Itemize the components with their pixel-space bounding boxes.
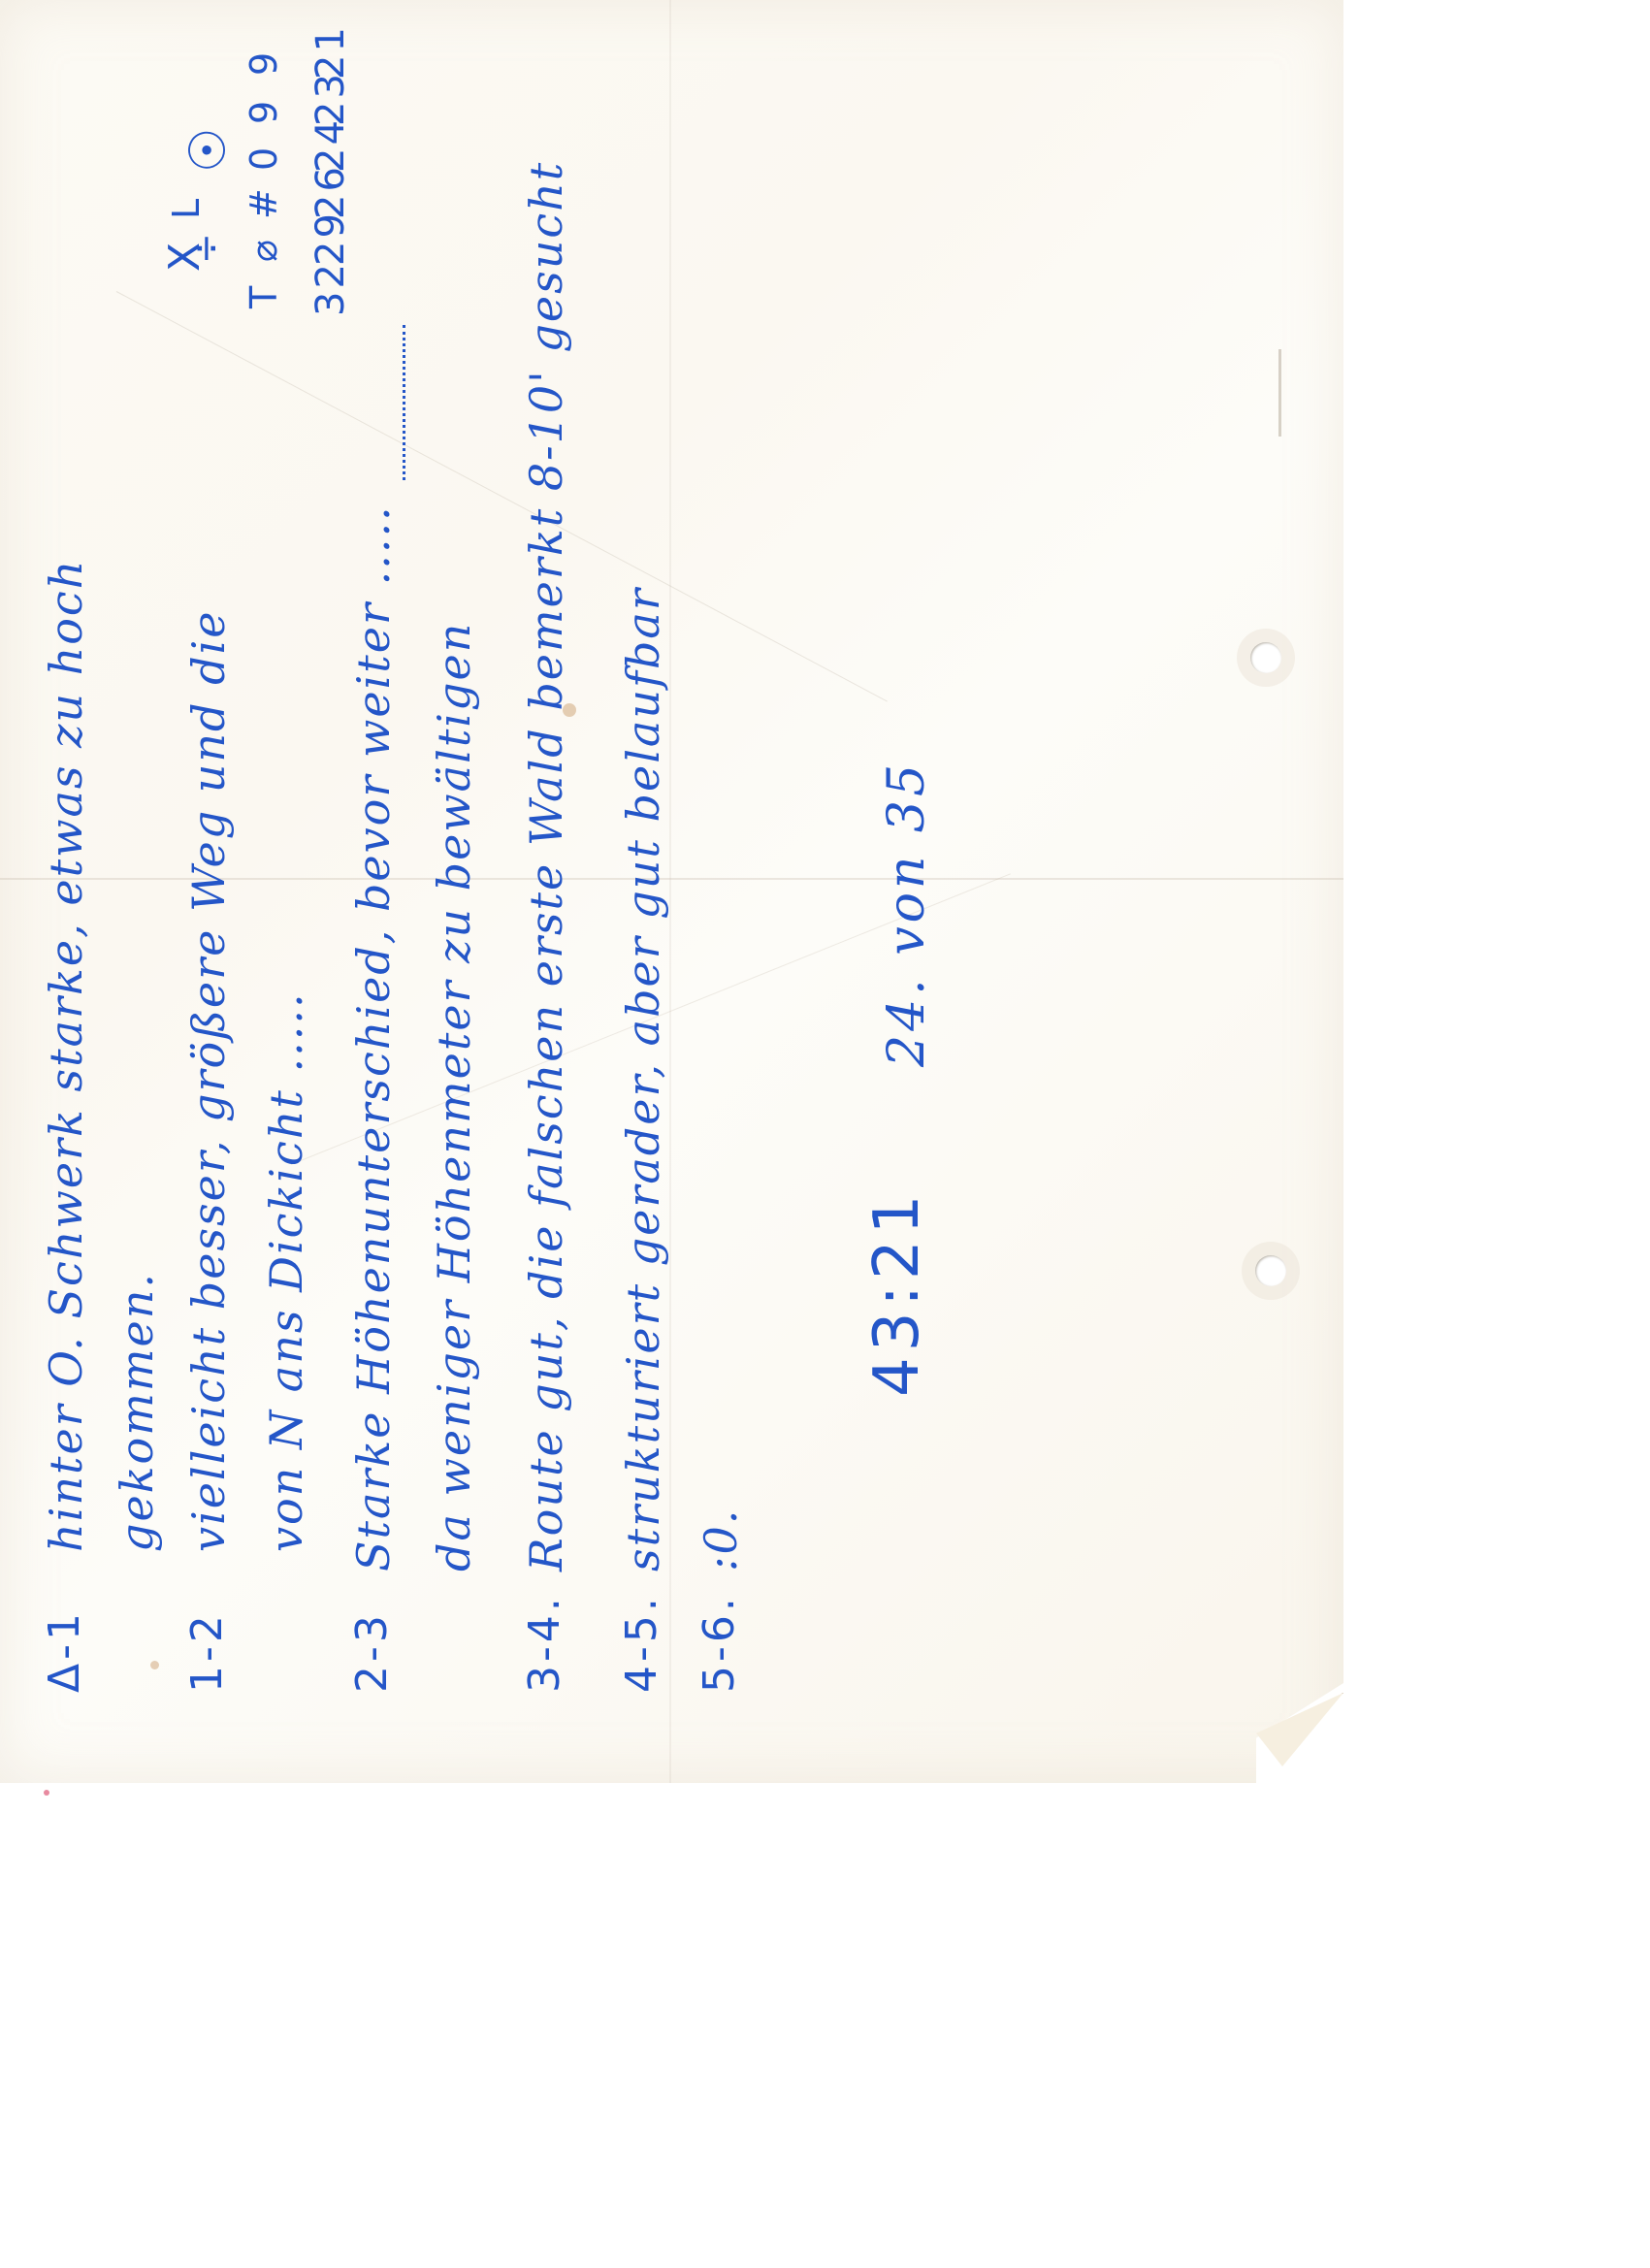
leg-label: 2-3 — [351, 1611, 394, 1693]
leg-label: 5-6. — [698, 1594, 741, 1693]
result-time: 43:21 — [861, 1189, 933, 1397]
score-position: 29 — [308, 211, 353, 266]
note-line: hinter O. Schwerk starke, etwas zu hoch — [44, 559, 88, 1552]
leg-label: 3-4. — [524, 1594, 566, 1693]
note-line: strukturiert gerader, aber gut belaufbar — [621, 587, 665, 1571]
leg-label: Δ-1 — [44, 1609, 86, 1693]
note-line: da weniger Höhenmeter zu bewältigen — [432, 622, 476, 1571]
scan-speck — [44, 1790, 49, 1796]
dotted-line — [403, 325, 405, 480]
punch-hole-icon — [1250, 642, 1281, 673]
x-mark-icon: X — [160, 243, 210, 272]
score-position: 32 — [308, 261, 353, 316]
check-icon: L — [165, 199, 208, 219]
paper-mark — [1278, 349, 1281, 437]
hash-marks-icon: # — [243, 188, 285, 219]
crossed-out-icon: ⌀ — [243, 240, 285, 262]
symbol-icon: 9 — [243, 101, 285, 124]
note-line: vielleicht besser, größere Weg und die — [186, 610, 231, 1553]
smiley-icon: ☉ — [179, 127, 238, 173]
result-placement: 24. von 35 — [878, 761, 936, 1067]
dot-circle-icon: 0 — [243, 147, 285, 171]
leg-label: 1-2 — [186, 1611, 229, 1693]
stain — [150, 1661, 159, 1669]
leg-label: 4-5. — [621, 1594, 663, 1693]
note-line: Starke Höhenunterschied, bevor weiter ..… — [351, 504, 396, 1571]
note-line: von N ans Dickicht ..... — [264, 991, 308, 1552]
paper-sheet: 21 23 24 26 29 32 9 9 0 # ⌀ T ☉ ÷ L X Δ-… — [0, 0, 1343, 1783]
note-line: :0. — [698, 1508, 743, 1571]
t-bar-icon: T — [243, 286, 285, 308]
note-line: Route gut, die falschen erste Wald bemer… — [524, 161, 568, 1571]
note-line: gekommen. — [114, 1272, 159, 1552]
punch-hole-icon — [1255, 1255, 1286, 1286]
fold-crease — [669, 0, 671, 1783]
symbol-icon: 9 — [243, 52, 285, 76]
